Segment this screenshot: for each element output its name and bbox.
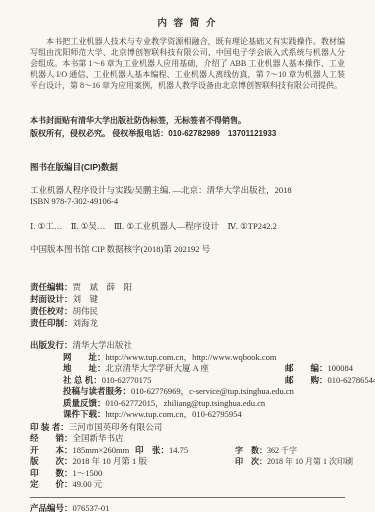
- copies-label: 印 数：: [30, 468, 73, 478]
- impression-value: 2018 年 10 月第 1 次印刷: [267, 457, 353, 466]
- zip-value: 100084: [328, 363, 354, 373]
- print-supervisor-label: 责任印制：: [30, 318, 73, 328]
- product-number-row: 产品编号：076537-01: [30, 502, 345, 512]
- edition-value: 2018 年 10 月第 1 版: [73, 456, 147, 466]
- proofreader-value: 胡伟民: [73, 306, 99, 316]
- cip-title-line: 工业机器人程序设计与实践/吴鹏主编. —北京：清华大学出版社，2018: [30, 185, 345, 196]
- courseware-value: http://www.tup.com.cn，010-62795954: [106, 409, 242, 419]
- impression-col: 印 次：2018 年 10 月第 1 次印刷: [235, 456, 353, 468]
- proofreader-label: 责任校对：: [30, 306, 73, 316]
- publisher-name: 清华大学出版社: [73, 340, 133, 350]
- printer-value: 三河市国英印务有限公司: [69, 422, 163, 432]
- website-label: 网 址：: [63, 352, 106, 362]
- quality-feedback-label: 质量反馈：: [63, 398, 106, 408]
- divider-rule: [30, 497, 345, 498]
- sheets-col: 印 张：14.75: [135, 445, 188, 457]
- credit-row-proofreader: 责任校对：胡伟民: [30, 305, 345, 317]
- publisher-block: 出版发行：清华大学出版社 网 址：http://www.tup.com.cn，h…: [30, 340, 345, 421]
- mailorder-value: 010-62786544: [328, 375, 375, 385]
- printer-row: 印 装 者：三河市国英印务有限公司: [30, 422, 345, 434]
- publisher-label: 出版发行：: [30, 340, 73, 350]
- reader-service-value: 010-62776969，c-service@tup.tsinghua.edu.…: [131, 386, 294, 396]
- switchboard-label: 社 总 机：: [63, 375, 102, 385]
- cover-design-label: 封面设计：: [30, 294, 73, 304]
- copies-value: 1～1500: [73, 468, 103, 478]
- credits-block: 责任编辑：贾 斌 薛 阳 封面设计：刘 键 责任校对：胡伟民 责任印制：刘海龙: [30, 281, 345, 329]
- price-row: 定 价：49.00 元: [30, 479, 345, 491]
- notice-line-2: 版权所有，侵权必究。 侵权举报电话：010-62782989 137011219…: [30, 127, 345, 140]
- editor-label: 责任编辑：: [30, 282, 73, 292]
- format-row: 开 本：185mm×260mm 印 张：14.75 字 数：362 千字: [30, 445, 345, 457]
- quality-feedback-row: 质量反馈：010-62772015，zhiliang@tup.tsinghua.…: [63, 398, 345, 410]
- cip-record-number: 中国版本图书馆 CIP 数据核字(2018)第 202192 号: [30, 244, 345, 255]
- copies-row: 印 数：1～1500: [30, 468, 345, 480]
- switchboard-row: 社 总 机：010-62770175 邮 购：010-62786544: [63, 375, 345, 387]
- reader-service-label: 投稿与读者服务：: [63, 386, 131, 396]
- credit-row-print-supervisor: 责任印制：刘海龙: [30, 317, 345, 329]
- address-row: 地 址：北京清华大学学研大厦 A 座 邮 编：100084: [63, 363, 345, 375]
- product-number-label: 产品编号：: [30, 503, 73, 512]
- anti-counterfeit-notice: 本书封面贴有清华大学出版社防伪标签，无标签者不得销售。 版权所有，侵权必究。 侵…: [30, 114, 345, 140]
- content-summary-paragraph: 本书把工业机器人技术与专业教学资源相融合，既有理论基础又有实践操作。教材编写组由…: [30, 36, 345, 91]
- copyright-page: 内 容 简 介 本书把工业机器人技术与专业教学资源相融合，既有理论基础又有实践操…: [0, 0, 375, 512]
- edition-row: 版 次：2018 年 10 月第 1 版 印 次：2018 年 10 月第 1 …: [30, 456, 345, 468]
- courseware-label: 课件下载：: [63, 409, 106, 419]
- address-value: 北京清华大学学研大厦 A 座: [106, 363, 209, 373]
- price-label: 定 价：: [30, 479, 73, 489]
- zip-label: 邮 编：: [285, 363, 328, 373]
- wordcount-value: 362 千字: [267, 446, 297, 455]
- cip-isbn: ISBN 978-7-302-49106-4: [30, 196, 345, 207]
- mailorder-col: 邮 购：010-62786544: [285, 375, 375, 387]
- wordcount-label: 字 数：: [235, 446, 267, 455]
- reader-service-row: 投稿与读者服务：010-62776969，c-service@tup.tsing…: [63, 386, 345, 398]
- sheets-value: 14.75: [169, 445, 188, 455]
- editor-value: 贾 斌 薛 阳: [73, 282, 133, 292]
- address-label: 地 址：: [63, 363, 106, 373]
- switchboard-value: 010-62770175: [102, 375, 152, 385]
- website-value: http://www.tup.com.cn，http://www.wqbook.…: [106, 352, 277, 362]
- publisher-row: 出版发行：清华大学出版社: [30, 340, 345, 352]
- price-value: 49.00 元: [73, 479, 103, 489]
- impression-label: 印 次：: [235, 457, 267, 466]
- zip-col: 邮 编：100084: [285, 363, 353, 375]
- mailorder-label: 邮 购：: [285, 375, 328, 385]
- edition-label: 版 次：: [30, 456, 73, 466]
- courseware-row: 课件下载：http://www.tup.com.cn，010-62795954: [63, 409, 345, 421]
- distributor-value: 全国新华书店: [73, 433, 124, 443]
- notice-line-1: 本书封面贴有清华大学出版社防伪标签，无标签者不得销售。: [30, 114, 345, 127]
- format-value: 185mm×260mm: [73, 445, 130, 455]
- cip-classification: Ⅰ. ①工… Ⅱ. ①吴… Ⅲ. ①工业机器人—程序设计 Ⅳ. ①TP242.2: [30, 221, 345, 232]
- credit-row-cover-design: 封面设计：刘 键: [30, 293, 345, 305]
- cip-heading: 图书在版编目(CIP)数据: [30, 161, 345, 173]
- sheets-label: 印 张：: [135, 445, 169, 455]
- printing-block: 印 装 者：三河市国英印务有限公司 经 销：全国新华书店 开 本：185mm×2…: [30, 422, 345, 491]
- credit-row-editor: 责任编辑：贾 斌 薛 阳: [30, 281, 345, 293]
- content-summary-title: 内 容 简 介: [30, 15, 345, 29]
- wordcount-col: 字 数：362 千字: [235, 445, 297, 457]
- printer-label: 印 装 者：: [30, 422, 69, 432]
- cover-design-value: 刘 键: [73, 294, 99, 304]
- distributor-row: 经 销：全国新华书店: [30, 433, 345, 445]
- format-label: 开 本：: [30, 445, 73, 455]
- print-supervisor-value: 刘海龙: [73, 318, 99, 328]
- website-row: 网 址：http://www.tup.com.cn，http://www.wqb…: [63, 352, 345, 364]
- product-number-value: 076537-01: [73, 503, 110, 512]
- distributor-label: 经 销：: [30, 433, 73, 443]
- quality-feedback-value: 010-62772015，zhiliang@tup.tsinghua.edu.c…: [106, 398, 266, 408]
